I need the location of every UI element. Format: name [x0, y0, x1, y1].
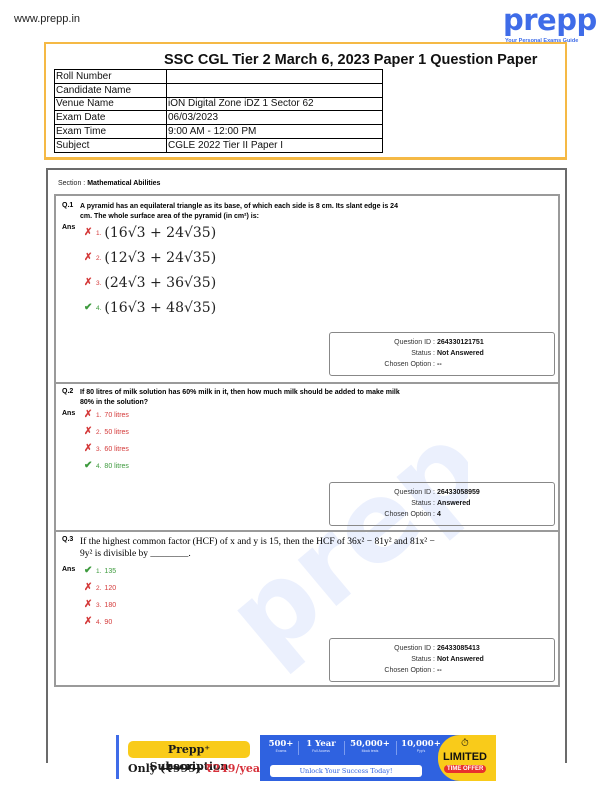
cross-icon: ✗ — [84, 444, 94, 454]
ad-divider — [298, 741, 299, 755]
question-card-1: Q.1A pyramid has an equilateral triangle… — [54, 194, 560, 384]
answer-label: Ans — [62, 566, 75, 573]
question-status-box: Question ID :264330121751 Status :Not An… — [329, 332, 555, 376]
question-id-label: Question ID : — [330, 339, 435, 346]
option-text: 70 litres — [104, 412, 129, 419]
question-number: Q.2 — [62, 388, 73, 395]
checkmark-icon: ✔ — [84, 566, 94, 576]
info-value: CGLE 2022 Tier II Paper I — [167, 138, 383, 152]
ad-old-price: (₹999) — [160, 762, 201, 775]
info-row: SubjectCGLE 2022 Tier II Paper I — [55, 138, 383, 152]
question-text: If 80 litres of milk solution has 60% mi… — [80, 388, 410, 408]
option-number: 2. — [96, 255, 101, 262]
section-label: Section : Mathematical Abilities — [58, 180, 160, 187]
option-text: 90 — [104, 619, 112, 626]
option-text: 60 litres — [104, 446, 129, 453]
info-label: Exam Date — [55, 111, 167, 125]
ad-accent-bar — [116, 735, 119, 779]
cross-icon: ✗ — [84, 253, 94, 263]
ad-divider — [396, 741, 397, 755]
answer-option: ✗ 4. 90 — [84, 617, 112, 627]
option-text: (16√3 + 48√35) — [104, 300, 216, 316]
answer-option: ✗ 3. 180 — [84, 600, 116, 610]
question-number: Q.3 — [62, 536, 73, 543]
ad-stat-mocks: 50,000+ Mock tests — [346, 739, 394, 753]
ad-stat-pyps: 10,000+ Pyp's — [398, 739, 444, 753]
candidate-info-table: Roll NumberCandidate NameVenue NameiON D… — [54, 69, 383, 153]
info-label: Subject — [55, 138, 167, 152]
cross-icon: ✗ — [84, 617, 94, 627]
option-text: 80 litres — [104, 463, 129, 470]
question-id-label: Question ID : — [330, 645, 435, 652]
question-text: If the highest common factor (HCF) of x … — [80, 536, 440, 560]
info-label: Roll Number — [55, 70, 167, 84]
question-status-box: Question ID :26433058959 Status :Answere… — [329, 482, 555, 526]
status-label: Status : — [330, 656, 435, 663]
chosen-option-label: Chosen Option : — [330, 361, 435, 368]
ad-divider — [344, 741, 345, 755]
stat-label: Exams — [266, 749, 296, 753]
option-text: 180 — [104, 602, 116, 609]
question-status: Answered — [435, 500, 470, 507]
question-status-box: Question ID :26433085413 Status :Not Ans… — [329, 638, 555, 682]
paper-header: SSC CGL Tier 2 March 6, 2023 Paper 1 Que… — [44, 42, 567, 160]
unlock-success-button[interactable]: Unlock Your Success Today! — [270, 765, 422, 777]
subscription-ad-banner[interactable]: Prepp⁺ Subscription Only (₹999) ₹249/yea… — [116, 733, 496, 783]
stat-value: 500+ — [266, 739, 296, 749]
answer-option: ✗ 2. 120 — [84, 583, 116, 593]
option-number: 1. — [96, 230, 101, 237]
site-url[interactable]: www.prepp.in — [14, 13, 80, 25]
ad-new-price: ₹249/year — [201, 762, 266, 775]
answer-option: ✗ 1. (16√3 + 24√35) — [84, 225, 216, 241]
answer-option: ✔ 4. (16√3 + 48√35) — [84, 300, 216, 316]
cross-icon: ✗ — [84, 228, 94, 238]
answer-option: ✔ 4. 80 litres — [84, 461, 129, 471]
ad-price-prefix: Only — [128, 762, 160, 775]
answer-option: ✗ 3. (24√3 + 36√35) — [84, 275, 216, 291]
answer-label: Ans — [62, 410, 75, 417]
option-text: 50 litres — [104, 429, 129, 436]
cross-icon: ✗ — [84, 410, 94, 420]
info-value: iON Digital Zone iDZ 1 Sector 62 — [167, 97, 383, 111]
badge-sub-text: TIME OFFER — [444, 765, 486, 773]
option-number: 4. — [96, 305, 101, 312]
info-label: Exam Time — [55, 125, 167, 139]
info-label: Venue Name — [55, 97, 167, 111]
question-id: 26433058959 — [435, 489, 480, 496]
option-text: (24√3 + 36√35) — [104, 275, 216, 291]
answer-option: ✗ 3. 60 litres — [84, 444, 129, 454]
question-text: A pyramid has an equilateral triangle as… — [80, 202, 410, 222]
option-text: 120 — [104, 585, 116, 592]
answer-option: ✗ 1. 70 litres — [84, 410, 129, 420]
chosen-option: -- — [435, 361, 442, 368]
question-paper-body: Section : Mathematical Abilities prepp Q… — [46, 168, 567, 763]
chosen-option: -- — [435, 667, 442, 674]
question-card-3: Q.3If the highest common factor (HCF) of… — [54, 530, 560, 687]
cross-icon: ✗ — [84, 427, 94, 437]
answer-option: ✗ 2. (12√3 + 24√35) — [84, 250, 216, 266]
info-row: Candidate Name — [55, 83, 383, 97]
question-status: Not Answered — [435, 656, 484, 663]
logo-wordmark: prepp — [497, 5, 607, 35]
option-text: 135 — [104, 568, 116, 575]
info-value — [167, 83, 383, 97]
stopwatch-icon: ⏱ — [461, 738, 469, 749]
checkmark-icon: ✔ — [84, 303, 94, 313]
prepp-logo[interactable]: prepp Your Personal Exams Guide — [497, 5, 607, 45]
option-number: 2. — [96, 585, 101, 592]
info-row: Exam Time9:00 AM - 12:00 PM — [55, 125, 383, 139]
option-number: 1. — [96, 568, 101, 575]
stat-value: 1 Year — [301, 739, 341, 749]
chosen-option: 4 — [435, 511, 441, 518]
checkmark-icon: ✔ — [84, 461, 94, 471]
question-number: Q.1 — [62, 202, 73, 209]
info-row: Roll Number — [55, 70, 383, 84]
answer-option: ✔ 1. 135 — [84, 566, 116, 576]
cross-icon: ✗ — [84, 583, 94, 593]
question-status: Not Answered — [435, 350, 484, 357]
badge-main-text: LIMITED — [443, 751, 487, 763]
section-prefix: Section : — [58, 180, 87, 187]
info-row: Venue NameiON Digital Zone iDZ 1 Sector … — [55, 97, 383, 111]
ad-stat-exams: 500+ Exams — [266, 739, 296, 753]
chosen-option-label: Chosen Option : — [330, 511, 435, 518]
status-label: Status : — [330, 350, 435, 357]
option-text: (16√3 + 24√35) — [104, 225, 216, 241]
chosen-option-label: Chosen Option : — [330, 667, 435, 674]
stat-label: Mock tests — [346, 749, 394, 753]
option-number: 3. — [96, 280, 101, 287]
answer-option: ✗ 2. 50 litres — [84, 427, 129, 437]
stat-value: 10,000+ — [398, 739, 444, 749]
info-value: 9:00 AM - 12:00 PM — [167, 125, 383, 139]
ad-title: Prepp⁺ Subscription — [128, 741, 250, 758]
status-label: Status : — [330, 500, 435, 507]
section-name: Mathematical Abilities — [87, 180, 160, 187]
limited-offer-badge: ⏱ LIMITED TIME OFFER — [438, 735, 496, 781]
option-number: 1. — [96, 412, 101, 419]
stat-value: 50,000+ — [346, 739, 394, 749]
stat-label: Pyp's — [398, 749, 444, 753]
cross-icon: ✗ — [84, 600, 94, 610]
paper-title: SSC CGL Tier 2 March 6, 2023 Paper 1 Que… — [164, 52, 537, 68]
question-id-label: Question ID : — [330, 489, 435, 496]
option-text: (12√3 + 24√35) — [104, 250, 216, 266]
stat-label: Full Access — [301, 749, 341, 753]
option-number: 4. — [96, 463, 101, 470]
ad-stat-access: 1 Year Full Access — [301, 739, 341, 753]
question-id: 264330121751 — [435, 339, 484, 346]
option-number: 3. — [96, 446, 101, 453]
info-label: Candidate Name — [55, 83, 167, 97]
info-value: 06/03/2023 — [167, 111, 383, 125]
option-number: 4. — [96, 619, 101, 626]
info-row: Exam Date06/03/2023 — [55, 111, 383, 125]
question-id: 26433085413 — [435, 645, 480, 652]
question-card-2: Q.2If 80 litres of milk solution has 60%… — [54, 382, 560, 532]
option-number: 3. — [96, 602, 101, 609]
ad-price: Only (₹999) ₹249/year — [128, 762, 266, 775]
cross-icon: ✗ — [84, 278, 94, 288]
info-value — [167, 70, 383, 84]
answer-label: Ans — [62, 224, 75, 231]
option-number: 2. — [96, 429, 101, 436]
